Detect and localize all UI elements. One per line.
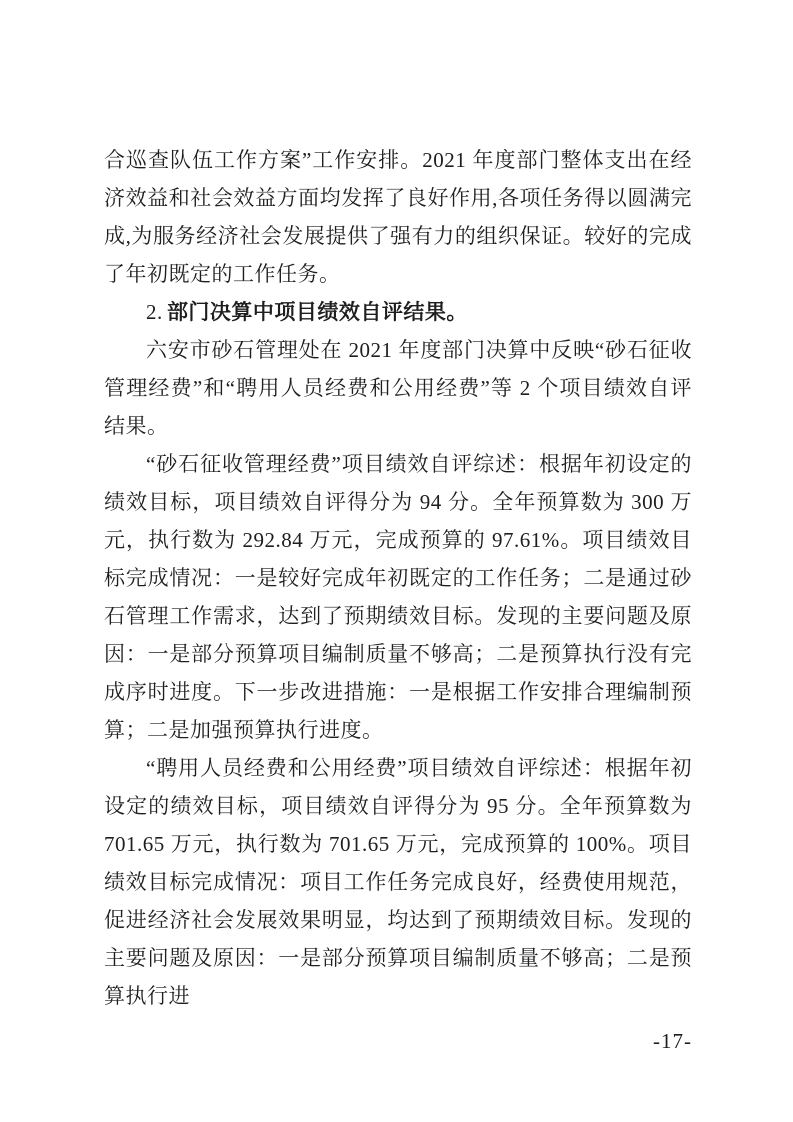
paragraph-project2-selfeval: “聘用人员经费和公用经费”项目绩效自评综述：根据年初设定的绩效目标，项目绩效自评… [104,749,692,1015]
paragraph-project1-selfeval: “砂石征收管理经费”项目绩效自评综述：根据年初设定的绩效目标，项目绩效自评得分为… [104,445,692,749]
page-number: -17- [104,1022,692,1060]
section-heading-title: 部门决算中项目绩效自评结果。 [167,300,468,324]
section-heading-number: 2. [146,300,163,324]
paragraph-projects-intro: 六安市砂石管理处在 2021 年度部门决算中反映“砂石征收管理经费”和“聘用人员… [104,331,692,445]
paragraph-overall-summary-continued: 合巡查队伍工作方案”工作安排。2021 年度部门整体支出在经济效益和社会效益方面… [104,141,692,293]
document-page: 合巡查队伍工作方案”工作安排。2021 年度部门整体支出在经济效益和社会效益方面… [0,0,793,1122]
section-heading: 2.部门决算中项目绩效自评结果。 [104,293,692,331]
